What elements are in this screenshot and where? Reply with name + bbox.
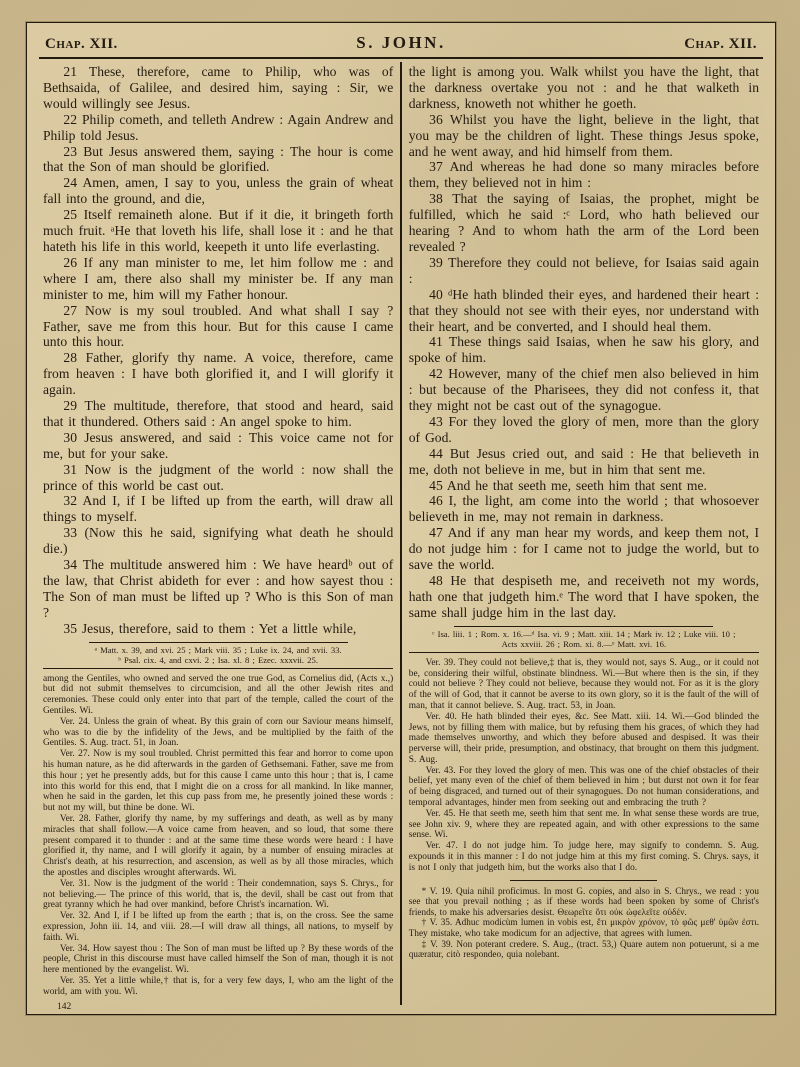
- header-rule: [39, 57, 763, 59]
- left-footnote-refs: ᵃ Matt. x. 39, and xvi. 25 ; Mark viii. …: [43, 640, 393, 669]
- verse-paragraph: 45 And he that seeth me, seeth him that …: [409, 478, 759, 494]
- verse-paragraph: 37 And whereas he had done so many mirac…: [409, 159, 759, 191]
- verse-paragraph: 31 Now is the judgment of the world : no…: [43, 462, 393, 494]
- verse-paragraph: 28 Father, glorify thy name. A voice, th…: [43, 350, 393, 398]
- verse-paragraph: 36 Whilst you have the light, believe in…: [409, 112, 759, 160]
- column-divider: [400, 62, 402, 1005]
- commentary-paragraph: Ver. 45. He that seeth me, seeth him tha…: [409, 809, 759, 841]
- verse-paragraph: 47 And if any man hear my words, and kee…: [409, 525, 759, 573]
- latin-notes-rule: [510, 880, 657, 881]
- verse-paragraph: 27 Now is my soul troubled. And what sha…: [43, 303, 393, 351]
- footnote-ref-line: ᵇ Psal. cix. 4, and cxvi. 2 ; Isa. xl. 8…: [43, 655, 393, 665]
- left-verse-block: 21 These, therefore, came to Philip, who…: [43, 64, 393, 637]
- commentary-paragraph: Ver. 43. For they loved the glory of men…: [409, 766, 759, 809]
- header-chapter-left: Chap. XII.: [45, 36, 118, 53]
- latin-note: † V. 35. Adhuc modicùm lumen in vobis es…: [409, 917, 759, 938]
- commentary-paragraph: Ver. 31. Now is the judgment of the worl…: [43, 879, 393, 911]
- verse-paragraph: 34 The multitude answered him : We have …: [43, 557, 393, 621]
- latin-notes-block: * V. 19. Quia nihil proficimus. In most …: [409, 886, 759, 960]
- verse-paragraph: 41 These things said Isaias, when he saw…: [409, 334, 759, 366]
- verse-paragraph: 22 Philip cometh, and telleth Andrew : A…: [43, 112, 393, 144]
- footnote-ref-line: ᵃ Matt. x. 39, and xvi. 25 ; Mark viii. …: [43, 645, 393, 655]
- verse-paragraph: 48 He that despiseth me, and receiveth n…: [409, 573, 759, 621]
- commentary-paragraph: Ver. 34. How sayest thou : The Son of ma…: [43, 944, 393, 976]
- commentary-paragraph: Ver. 28. Father, glorify thy name, by my…: [43, 814, 393, 879]
- commentary-paragraph: Ver. 47. I do not judge him. To judge he…: [409, 841, 759, 873]
- page-background: Chap. XII. S. JOHN. Chap. XII. 21 These,…: [0, 0, 800, 1067]
- verse-paragraph: 35 Jesus, therefore, said to them : Yet …: [43, 621, 393, 637]
- page-number: 142: [43, 1002, 393, 1012]
- verse-paragraph: 29 The multitude, therefore, that stood …: [43, 398, 393, 430]
- header-chapter-right: Chap. XII.: [684, 36, 757, 53]
- latin-note: ‡ V. 39. Non poterant credere. S. Aug., …: [409, 939, 759, 960]
- verse-paragraph: 42 However, many of the chief men also b…: [409, 366, 759, 414]
- verse-paragraph: 30 Jesus answered, and said : This voice…: [43, 430, 393, 462]
- verse-paragraph: 33 (Now this he said, signifying what de…: [43, 525, 393, 557]
- verse-paragraph: 39 Therefore they could not believe, for…: [409, 255, 759, 287]
- left-column: 21 These, therefore, came to Philip, who…: [39, 62, 397, 1005]
- commentary-paragraph: Ver. 39. They could not believe,‡ that i…: [409, 658, 759, 712]
- text-columns: 21 These, therefore, came to Philip, who…: [39, 62, 763, 1005]
- left-commentary-block: among the Gentiles, who owned and served…: [43, 674, 393, 998]
- right-commentary-block: Ver. 39. They could not believe,‡ that i…: [409, 658, 759, 874]
- verse-paragraph: 43 For they loved the glory of men, more…: [409, 414, 759, 446]
- footnote-ref-line: ᶜ Isa. liii. 1 ; Rom. x. 16.—ᵈ Isa. vi. …: [409, 629, 759, 639]
- verse-paragraph: 26 If any man minister to me, let him fo…: [43, 255, 393, 303]
- verse-paragraph: 23 But Jesus answered them, saying : The…: [43, 144, 393, 176]
- right-column: the light is among you. Walk whilst you …: [405, 62, 763, 1005]
- commentary-paragraph: Ver. 40. He hath blinded their eyes, &c.…: [409, 712, 759, 766]
- book-page: Chap. XII. S. JOHN. Chap. XII. 21 These,…: [26, 22, 776, 1015]
- latin-note: * V. 19. Quia nihil proficimus. In most …: [409, 886, 759, 918]
- verse-paragraph: 46 I, the light, am come into the world …: [409, 493, 759, 525]
- verse-paragraph: 38 That the saying of Isaias, the prophe…: [409, 191, 759, 255]
- verse-paragraph: 25 Itself remaineth alone. But if it die…: [43, 207, 393, 255]
- commentary-paragraph: Ver. 35. Yet a little while,† that is, f…: [43, 976, 393, 998]
- right-footnote-refs: ᶜ Isa. liii. 1 ; Rom. x. 16.—ᵈ Isa. vi. …: [409, 624, 759, 653]
- verse-paragraph: 24 Amen, amen, I say to you, unless the …: [43, 175, 393, 207]
- verse-paragraph: 21 These, therefore, came to Philip, who…: [43, 64, 393, 112]
- commentary-paragraph: Ver. 32. And I, if I be lifted up from t…: [43, 911, 393, 943]
- right-verse-block: the light is among you. Walk whilst you …: [409, 64, 759, 621]
- page-header: Chap. XII. S. JOHN. Chap. XII.: [39, 31, 763, 57]
- commentary-paragraph: Ver. 27. Now is my soul troubled. Christ…: [43, 749, 393, 814]
- commentary-paragraph: Ver. 24. Unless the grain of wheat. By t…: [43, 717, 393, 749]
- verse-paragraph: 44 But Jesus cried out, and said : He th…: [409, 446, 759, 478]
- footnote-ref-line: Acts xxviii. 26 ; Rom. xi. 8.—ᵉ Matt. xv…: [409, 639, 759, 649]
- commentary-paragraph: among the Gentiles, who owned and served…: [43, 674, 393, 717]
- page-title: S. JOHN.: [356, 33, 445, 53]
- verse-paragraph: 40 ᵈHe hath blinded their eyes, and hard…: [409, 287, 759, 335]
- verse-paragraph: 32 And I, if I be lifted up from the ear…: [43, 493, 393, 525]
- verse-paragraph: the light is among you. Walk whilst you …: [409, 64, 759, 112]
